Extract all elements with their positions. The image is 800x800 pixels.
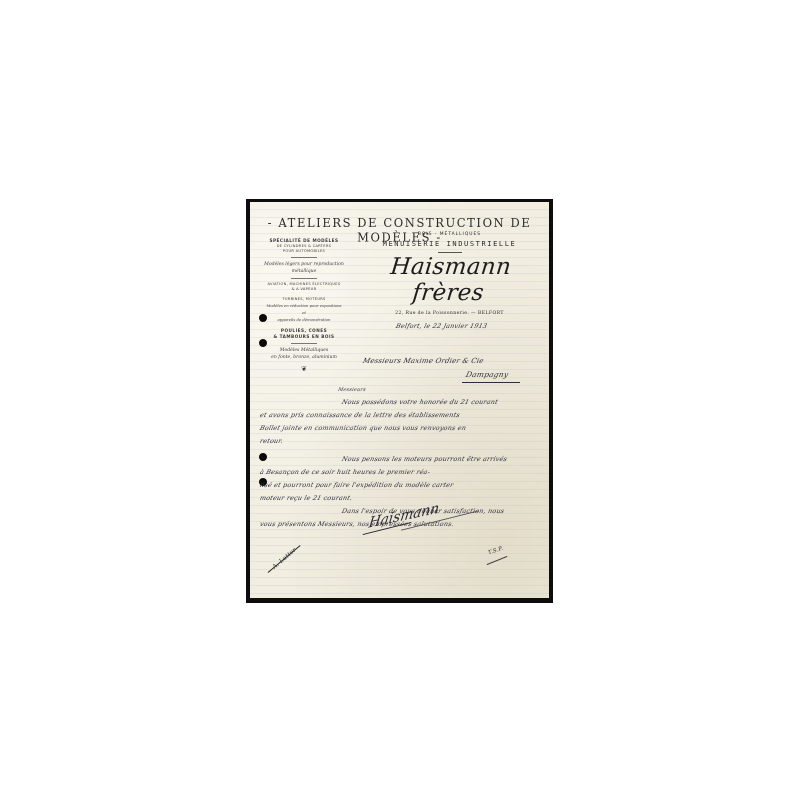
specialty-line: & TAMBOURS EN BOIS xyxy=(258,334,350,340)
punch-hole-icon xyxy=(259,314,267,322)
recipient-place: Dampagny xyxy=(465,370,510,379)
specialty-line: métallique xyxy=(258,268,350,275)
letterhead-specialties: SPÉCIALITÉ DE MODÈLESDE CYLINDRES & CART… xyxy=(258,238,350,373)
letter-line: et avons pris connaissance de la lettre … xyxy=(259,411,461,419)
specialty-line: appareils de démonstration xyxy=(258,316,350,323)
letterhead-subtitle: BOIS - MÉTALLIQUES xyxy=(350,232,549,237)
punch-hole-icon xyxy=(259,339,267,347)
letter-line: à Besançon de ce soir huit heures le pre… xyxy=(259,468,431,476)
specialty-line: en fonte, bronze, aluminium xyxy=(258,354,350,361)
specialty-line: POUR AUTOMOBILES xyxy=(258,249,350,254)
salutation: Messieurs xyxy=(337,387,366,393)
letter-line: Nous pensons les moteurs pourront être a… xyxy=(341,455,508,463)
letter-paper: - ATELIERS DE CONSTRUCTION DE MODÈLES - … xyxy=(250,202,549,598)
firm-address: 22, Rue de la Poissonnerie. — BELFORT xyxy=(350,311,549,316)
margin-note-stroke xyxy=(487,556,508,565)
letter-line: Nous possédons votre honorée du 21 coura… xyxy=(341,398,499,406)
recipient-underline xyxy=(462,382,520,383)
specialty-line: Modèles Métalliques xyxy=(258,347,350,354)
ornament-icon: ❦ xyxy=(258,365,350,373)
margin-note-stroke xyxy=(268,545,301,573)
letter-line: lisé et pourront pour faire l'expédition… xyxy=(259,481,454,489)
date-line: Belfort, le 22 Janvier 1913 xyxy=(395,322,488,330)
letter-line: Bollet jointe en communication que nous … xyxy=(259,424,467,432)
divider xyxy=(291,257,317,258)
letterhead-firm-block: BOIS - MÉTALLIQUES MENUISERIE INDUSTRIEL… xyxy=(350,232,549,316)
divider xyxy=(438,252,462,253)
letter-line: moteur reçu le 21 courant. xyxy=(259,494,353,502)
specialty-line: Modèles en réduction pour expositions xyxy=(258,302,350,309)
punch-hole-icon xyxy=(259,453,267,461)
letterhead-trade: MENUISERIE INDUSTRIELLE xyxy=(350,240,549,248)
specialty-line: et xyxy=(258,309,350,316)
firm-name: Haismann frères xyxy=(347,254,549,306)
divider xyxy=(291,343,317,344)
recipient-name: Messieurs Maxime Ordier & Cie xyxy=(362,357,485,365)
specialty-line: Modèles légers pour reproduction xyxy=(258,261,350,268)
divider xyxy=(291,278,317,279)
margin-note-right: T.S.P. xyxy=(487,546,504,556)
letter-line: retour. xyxy=(259,437,284,445)
